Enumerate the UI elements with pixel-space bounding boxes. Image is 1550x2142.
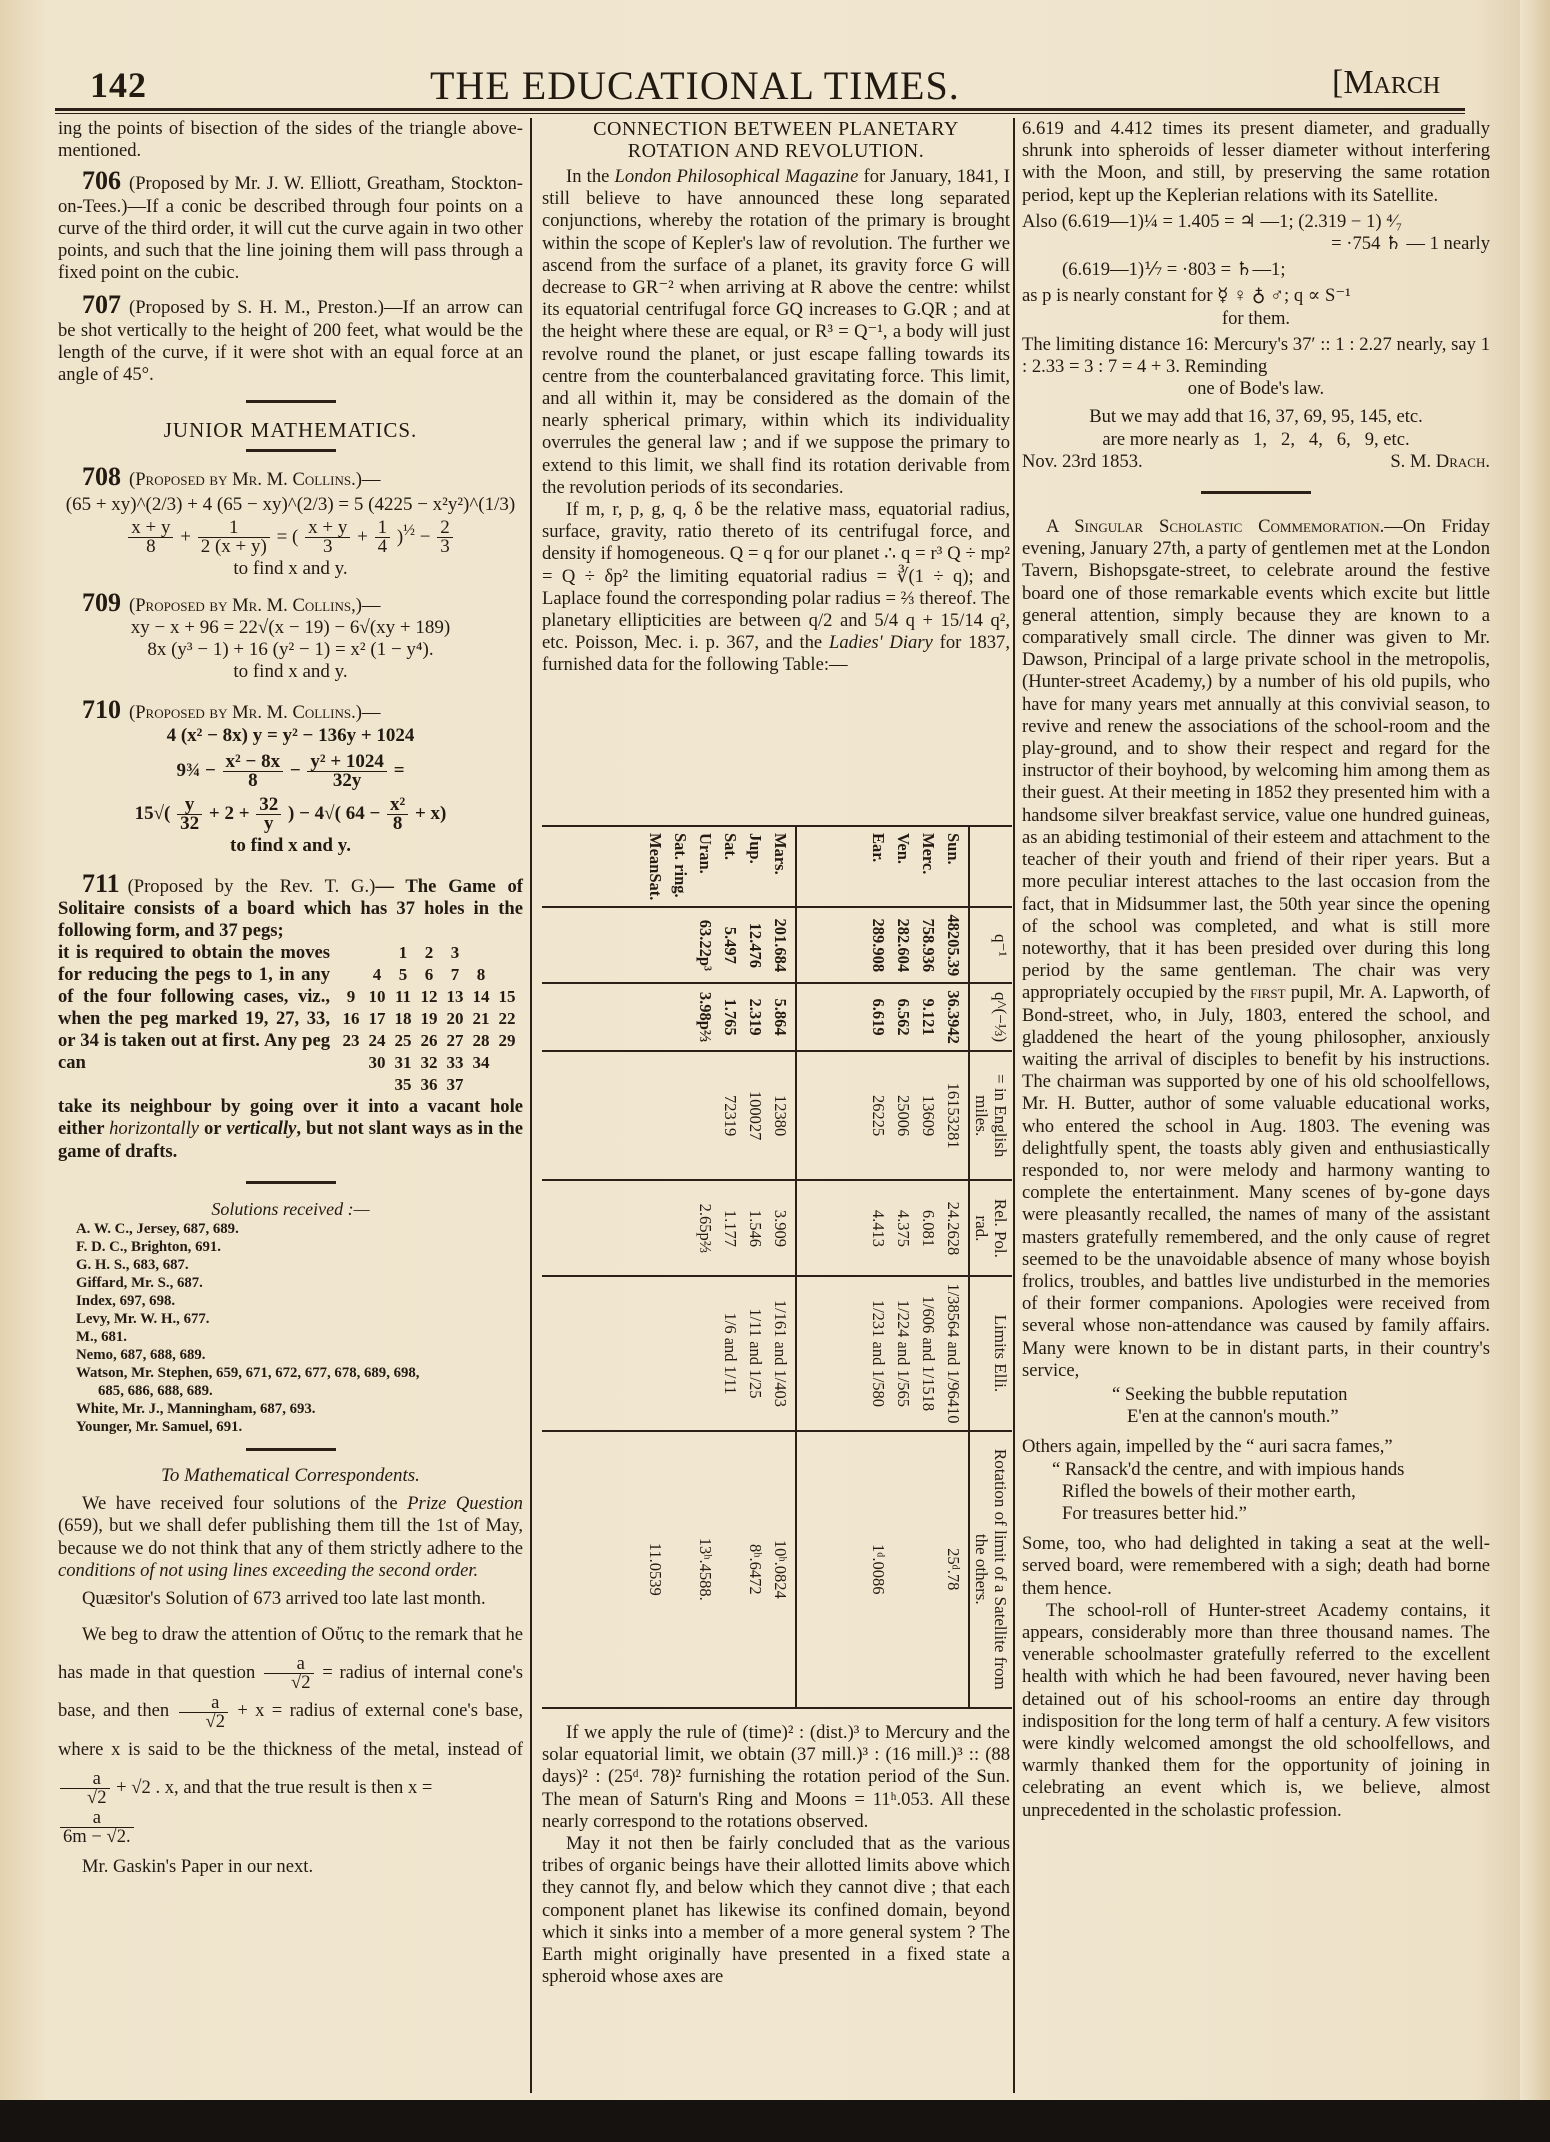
peg-hole: 1	[390, 942, 416, 964]
question-text: —If a conic be described through four po…	[58, 196, 523, 284]
table-header: = in English miles.	[969, 1051, 1012, 1181]
peg-hole: 33	[442, 1052, 468, 1074]
solitaire-block: it is required to obtain the moves for r…	[58, 942, 523, 1096]
equation-fraction: 15√( y32 + 2 + 32y ) − 4√( 64 − x²8 + x)	[58, 796, 523, 833]
solutions-heading: Solutions received :—	[58, 1198, 523, 1220]
peg-hole: 14	[468, 986, 494, 1008]
table-cell-rel_pol: 24.26286.0814.3754.413	[796, 1180, 969, 1276]
section-separator	[1201, 491, 1311, 494]
solution-entry: Nemo, 687, 688, 689.	[76, 1346, 523, 1364]
commemoration-title: A Singular Scholastic Commemoration.	[1046, 516, 1384, 537]
article-title: CONNECTION BETWEEN PLANETARY ROTATION AN…	[542, 118, 1010, 162]
solution-entry: 685, 686, 688, 689.	[76, 1382, 523, 1400]
peg-hole: 29	[494, 1030, 520, 1052]
question-708: 708(Proposed by Mr. M. Collins.)— (65 + …	[58, 466, 523, 582]
peg-hole: 24	[364, 1030, 390, 1052]
section-heading-junior: JUNIOR MATHEMATICS.	[58, 419, 523, 441]
peg-hole: 20	[442, 1008, 468, 1030]
peg-hole: 34	[468, 1052, 494, 1074]
table-cell-rotation: 25ᵈ.78 1ᵈ.0086	[796, 1431, 969, 1707]
empty-cell	[364, 942, 390, 964]
article-paragraph: If we apply the rule of (time)² : (dist.…	[542, 1722, 1010, 1833]
issue-month: [March	[1332, 64, 1440, 102]
equation-line: = ·754 ♄ — 1 nearly	[1022, 233, 1490, 255]
solution-entry: Index, 697, 698.	[76, 1292, 523, 1310]
question-706: 706(Proposed by Mr. J. W. Elliott, Great…	[58, 170, 523, 284]
peg-hole: 17	[364, 1008, 390, 1030]
correspondents-paragraph: Mr. Gaskin's Paper in our next.	[58, 1856, 523, 1878]
empty-cell	[338, 1052, 364, 1074]
table-cell-q_cuberoot: 36.39429.1216.5626.619	[796, 983, 969, 1051]
find-instruction: to find x and y.	[58, 556, 523, 582]
table-header: Limits Elli.	[969, 1276, 1012, 1430]
question-proposer: (Proposed by the Rev. T. G.)	[128, 876, 376, 897]
verse-line: For treasures better hid.”	[1022, 1503, 1490, 1525]
solution-entry: Younger, Mr. Samuel, 691.	[76, 1418, 523, 1436]
left-column: ing the points of bisection of the sides…	[58, 118, 523, 1878]
solutions-list: A. W. C., Jersey, 687, 689.F. D. C., Bri…	[76, 1220, 523, 1436]
table-cell-q_inv: 48205.39758.936282.604289.908	[796, 907, 969, 983]
table-row-group: Mars.Jup.Sat.Uran.Sat. ring.MeanSat.201.…	[542, 827, 796, 1707]
solution-entry: A. W. C., Jersey, 687, 689.	[76, 1220, 523, 1238]
empty-cell	[494, 942, 520, 964]
verse-line: “ Seeking the bubble reputation	[1022, 1384, 1490, 1406]
continuation-text: ing the points of bisection of the sides…	[58, 118, 523, 162]
middle-column: CONNECTION BETWEEN PLANETARY ROTATION AN…	[542, 118, 1010, 677]
empty-cell	[468, 1074, 494, 1096]
masthead: THE EDUCATIONAL TIMES.	[430, 62, 960, 109]
page-edge	[1520, 0, 1550, 2100]
peg-hole: 35	[390, 1074, 416, 1096]
question-number: 708	[82, 462, 121, 491]
solution-entry: G. H. S., 683, 687.	[76, 1256, 523, 1274]
solitaire-description: it is required to obtain the moves for r…	[58, 942, 330, 1096]
peg-hole: 13	[442, 986, 468, 1008]
find-instruction: to find x and y.	[58, 661, 523, 683]
table-cell-limits: 1/161 and 1/4031/11 and 1/251/6 and 1/11	[542, 1276, 796, 1430]
header-rule-thin	[55, 113, 1465, 114]
solitaire-board: 1234567891011121314151617181920212223242…	[338, 942, 520, 1096]
peg-hole: 6	[416, 964, 442, 986]
table-header: Rel. Pol. rad.	[969, 1180, 1012, 1276]
planetary-table-rotated: q⁻¹q^(−⅓)= in English miles.Rel. Pol. ra…	[542, 827, 1012, 1707]
equation: (65 + xy)^(2/3) + 4 (65 − xy)^(2/3) = 5 …	[58, 492, 523, 518]
table-cell-rotation: 10ʰ.08248ʰ.6472 13ʰ.4588. 11.0539	[542, 1431, 796, 1707]
planetary-table: q⁻¹q^(−⅓)= in English miles.Rel. Pol. ra…	[542, 827, 1012, 1707]
question-711: 711(Proposed by the Rev. T. G.)— The Gam…	[58, 873, 523, 1163]
table-cell-miles: 1238010002772319	[542, 1051, 796, 1181]
verse-line: “ Ransack'd the centre, and with impious…	[1022, 1459, 1490, 1481]
solution-entry: M., 681.	[76, 1328, 523, 1346]
peg-hole: 18	[390, 1008, 416, 1030]
question-709: 709(Proposed by Mr. M. Collins,)— xy − x…	[58, 592, 523, 683]
empty-cell	[338, 1074, 364, 1096]
peg-hole: 19	[416, 1008, 442, 1030]
equation: xy − x + 96 = 22√(x − 19) − 6√(xy + 189)	[58, 617, 523, 639]
article-date: Nov. 23rd 1853.	[1022, 451, 1143, 473]
peg-hole: 36	[416, 1074, 442, 1096]
question-number: 711	[82, 869, 120, 898]
equation-line: (6.619—1)⅐ = ·803 = ♄—1;	[1022, 259, 1490, 281]
table-cell-q_inv: 201.68412.4765.49763.22p³	[542, 907, 796, 983]
correspondents-paragraph: We beg to draw the attention of Οὔτις to…	[58, 1616, 523, 1807]
question-710: 710(Proposed by Mr. M. Collins.)— 4 (x² …	[58, 699, 523, 858]
right-column: 6.619 and 4.412 times its present diamet…	[1022, 118, 1490, 1822]
series-text: But we may add that 16, 37, 69, 95, 145,…	[1022, 406, 1490, 428]
table-header: q⁻¹	[969, 907, 1012, 983]
question-proposer: (Proposed by Mr. M. Collins.)—	[129, 469, 381, 490]
correspondents-paragraph: We have received four solutions of the P…	[58, 1493, 523, 1582]
peg-hole: 21	[468, 1008, 494, 1030]
find-instruction: to find x and y.	[58, 833, 523, 859]
peg-hole: 26	[416, 1030, 442, 1052]
peg-hole: 16	[338, 1008, 364, 1030]
table-cell-body: Sun.Merc.Ven.Ear.	[796, 827, 969, 907]
correspondents-heading: To Mathematical Correspondents.	[58, 1465, 523, 1487]
peg-hole: 27	[442, 1030, 468, 1052]
commemoration-text: Some, too, who had delighted in taking a…	[1022, 1533, 1490, 1600]
peg-hole: 5	[390, 964, 416, 986]
final-result-fraction: a6m − √2.	[58, 1809, 523, 1846]
section-separator	[246, 1448, 336, 1451]
empty-cell	[494, 1052, 520, 1074]
solution-entry: Watson, Mr. Stephen, 659, 671, 672, 677,…	[76, 1364, 523, 1382]
equation-fraction: 9¾ − x² − 8x8 − y² + 102432y =	[58, 753, 523, 790]
series-text: are more nearly as 1, 2, 4, 6, 9, etc.	[1022, 429, 1490, 451]
solution-entry: Giffard, Mr. S., 687.	[76, 1274, 523, 1292]
peg-hole: 32	[416, 1052, 442, 1074]
signature-line: Nov. 23rd 1853. S. M. Drach.	[1022, 451, 1490, 473]
peg-hole: 9	[338, 986, 364, 1008]
table-header	[969, 827, 1012, 907]
equation-line: as p is nearly constant for ☿ ♀ ♁ ♂; q ∝…	[1022, 285, 1490, 307]
newspaper-page: 142 THE EDUCATIONAL TIMES. [March ing th…	[0, 0, 1550, 2142]
peg-hole: 28	[468, 1030, 494, 1052]
peg-hole: 3	[442, 942, 468, 964]
question-707: 707(Proposed by S. H. M., Preston.)—If a…	[58, 294, 523, 386]
question-proposer: (Proposed by Mr. M. Collins.)—	[129, 702, 381, 723]
peg-hole: 2	[416, 942, 442, 964]
peg-hole: 30	[364, 1052, 390, 1074]
empty-cell	[494, 964, 520, 986]
table-header: Rotation of limit of a Satellite from th…	[969, 1431, 1012, 1707]
table-row-group: Sun.Merc.Ven.Ear.48205.39758.936282.6042…	[796, 827, 969, 1707]
commemoration-text: The school-roll of Hunter-street Academy…	[1022, 1600, 1490, 1822]
verse-line: Rifled the bowels of their mother earth,	[1022, 1481, 1490, 1503]
table-cell-rel_pol: 3.9091.5461.1772.65p⅔	[542, 1180, 796, 1276]
column-divider-right	[1013, 118, 1015, 2093]
solitaire-tail: take its neighbour by going over it into…	[58, 1096, 523, 1163]
empty-cell	[338, 964, 364, 986]
verse-line: E'en at the cannon's mouth.”	[1022, 1406, 1490, 1428]
question-number: 709	[82, 588, 121, 617]
article-paragraph: In the London Philosophical Magazine for…	[542, 166, 1010, 499]
scan-border	[0, 2100, 1550, 2142]
question-number: 706	[82, 166, 121, 195]
solution-entry: F. D. C., Brighton, 691.	[76, 1238, 523, 1256]
empty-cell	[338, 942, 364, 964]
empty-cell	[468, 942, 494, 964]
empty-cell	[364, 1074, 390, 1096]
peg-hole: 4	[364, 964, 390, 986]
table-cell-limits: 1/38564 and 1/964101/606 and 1/15181/224…	[796, 1276, 969, 1430]
limit-text: one of Bode's law.	[1022, 378, 1490, 400]
peg-hole: 15	[494, 986, 520, 1008]
peg-hole: 22	[494, 1008, 520, 1030]
peg-hole: 25	[390, 1030, 416, 1052]
equation-line: Also (6.619—1)¼ = 1.405 = ♃ —1; (2.319 −…	[1022, 211, 1490, 233]
article-paragraph: May it not then be fairly concluded that…	[542, 1833, 1010, 1988]
peg-hole: 12	[416, 986, 442, 1008]
question-number: 710	[82, 695, 121, 724]
peg-hole: 23	[338, 1030, 364, 1052]
commemoration-text: Others again, impelled by the “ auri sac…	[1022, 1436, 1490, 1458]
limit-text: The limiting distance 16: Mercury's 37′ …	[1022, 334, 1490, 378]
equation: 8x (y³ − 1) + 16 (y² − 1) = x² (1 − y⁴).	[58, 639, 523, 661]
question-proposer: (Proposed by Mr. M. Collins,)—	[129, 595, 381, 616]
question-proposer: (Proposed by S. H. M., Preston.)	[129, 297, 384, 318]
peg-hole: 7	[442, 964, 468, 986]
correspondents-paragraph: Quæsitor's Solution of 673 arrived too l…	[58, 1588, 523, 1610]
table-cell-q_cuberoot: 5.8642.3191.7653.98p⅔	[542, 983, 796, 1051]
peg-hole: 11	[390, 986, 416, 1008]
section-separator	[246, 449, 336, 452]
commemoration-paragraph: A Singular Scholastic Commemoration.—On …	[1022, 516, 1490, 1382]
table-cell-miles: 16153281136092500626225	[796, 1051, 969, 1181]
page-header: 142 THE EDUCATIONAL TIMES. [March	[0, 60, 1550, 110]
article-author: S. M. Drach.	[1390, 451, 1490, 473]
solution-entry: White, Mr. J., Manningham, 687, 693.	[76, 1400, 523, 1418]
equation-fraction: x + y8 + 12 (x + y) = ( x + y3 + 14 )½ −…	[58, 518, 523, 556]
planetary-table-container: q⁻¹q^(−⅓)= in English miles.Rel. Pol. ra…	[542, 825, 1012, 1709]
middle-column-lower: If we apply the rule of (time)² : (dist.…	[542, 1722, 1010, 1988]
table-header: q^(−⅓)	[969, 983, 1012, 1051]
article-paragraph: If m, r, p, g, q, δ be the relative mass…	[542, 499, 1010, 677]
table-cell-body: Mars.Jup.Sat.Uran.Sat. ring.MeanSat.	[542, 827, 796, 907]
peg-hole: 31	[390, 1052, 416, 1074]
equation: 4 (x² − 8x) y = y² − 136y + 1024	[58, 725, 523, 747]
section-separator	[246, 1181, 336, 1184]
peg-hole: 10	[364, 986, 390, 1008]
article-continuation: 6.619 and 4.412 times its present diamet…	[1022, 118, 1490, 207]
section-separator	[246, 400, 336, 403]
equation-line: for them.	[1022, 308, 1490, 330]
empty-cell	[494, 1074, 520, 1096]
header-rule	[55, 108, 1465, 111]
column-divider-left	[530, 118, 532, 2093]
question-number: 707	[82, 290, 121, 319]
peg-hole: 37	[442, 1074, 468, 1096]
peg-hole: 8	[468, 964, 494, 986]
solution-entry: Levy, Mr. W. H., 677.	[76, 1310, 523, 1328]
page-number: 142	[90, 64, 147, 106]
